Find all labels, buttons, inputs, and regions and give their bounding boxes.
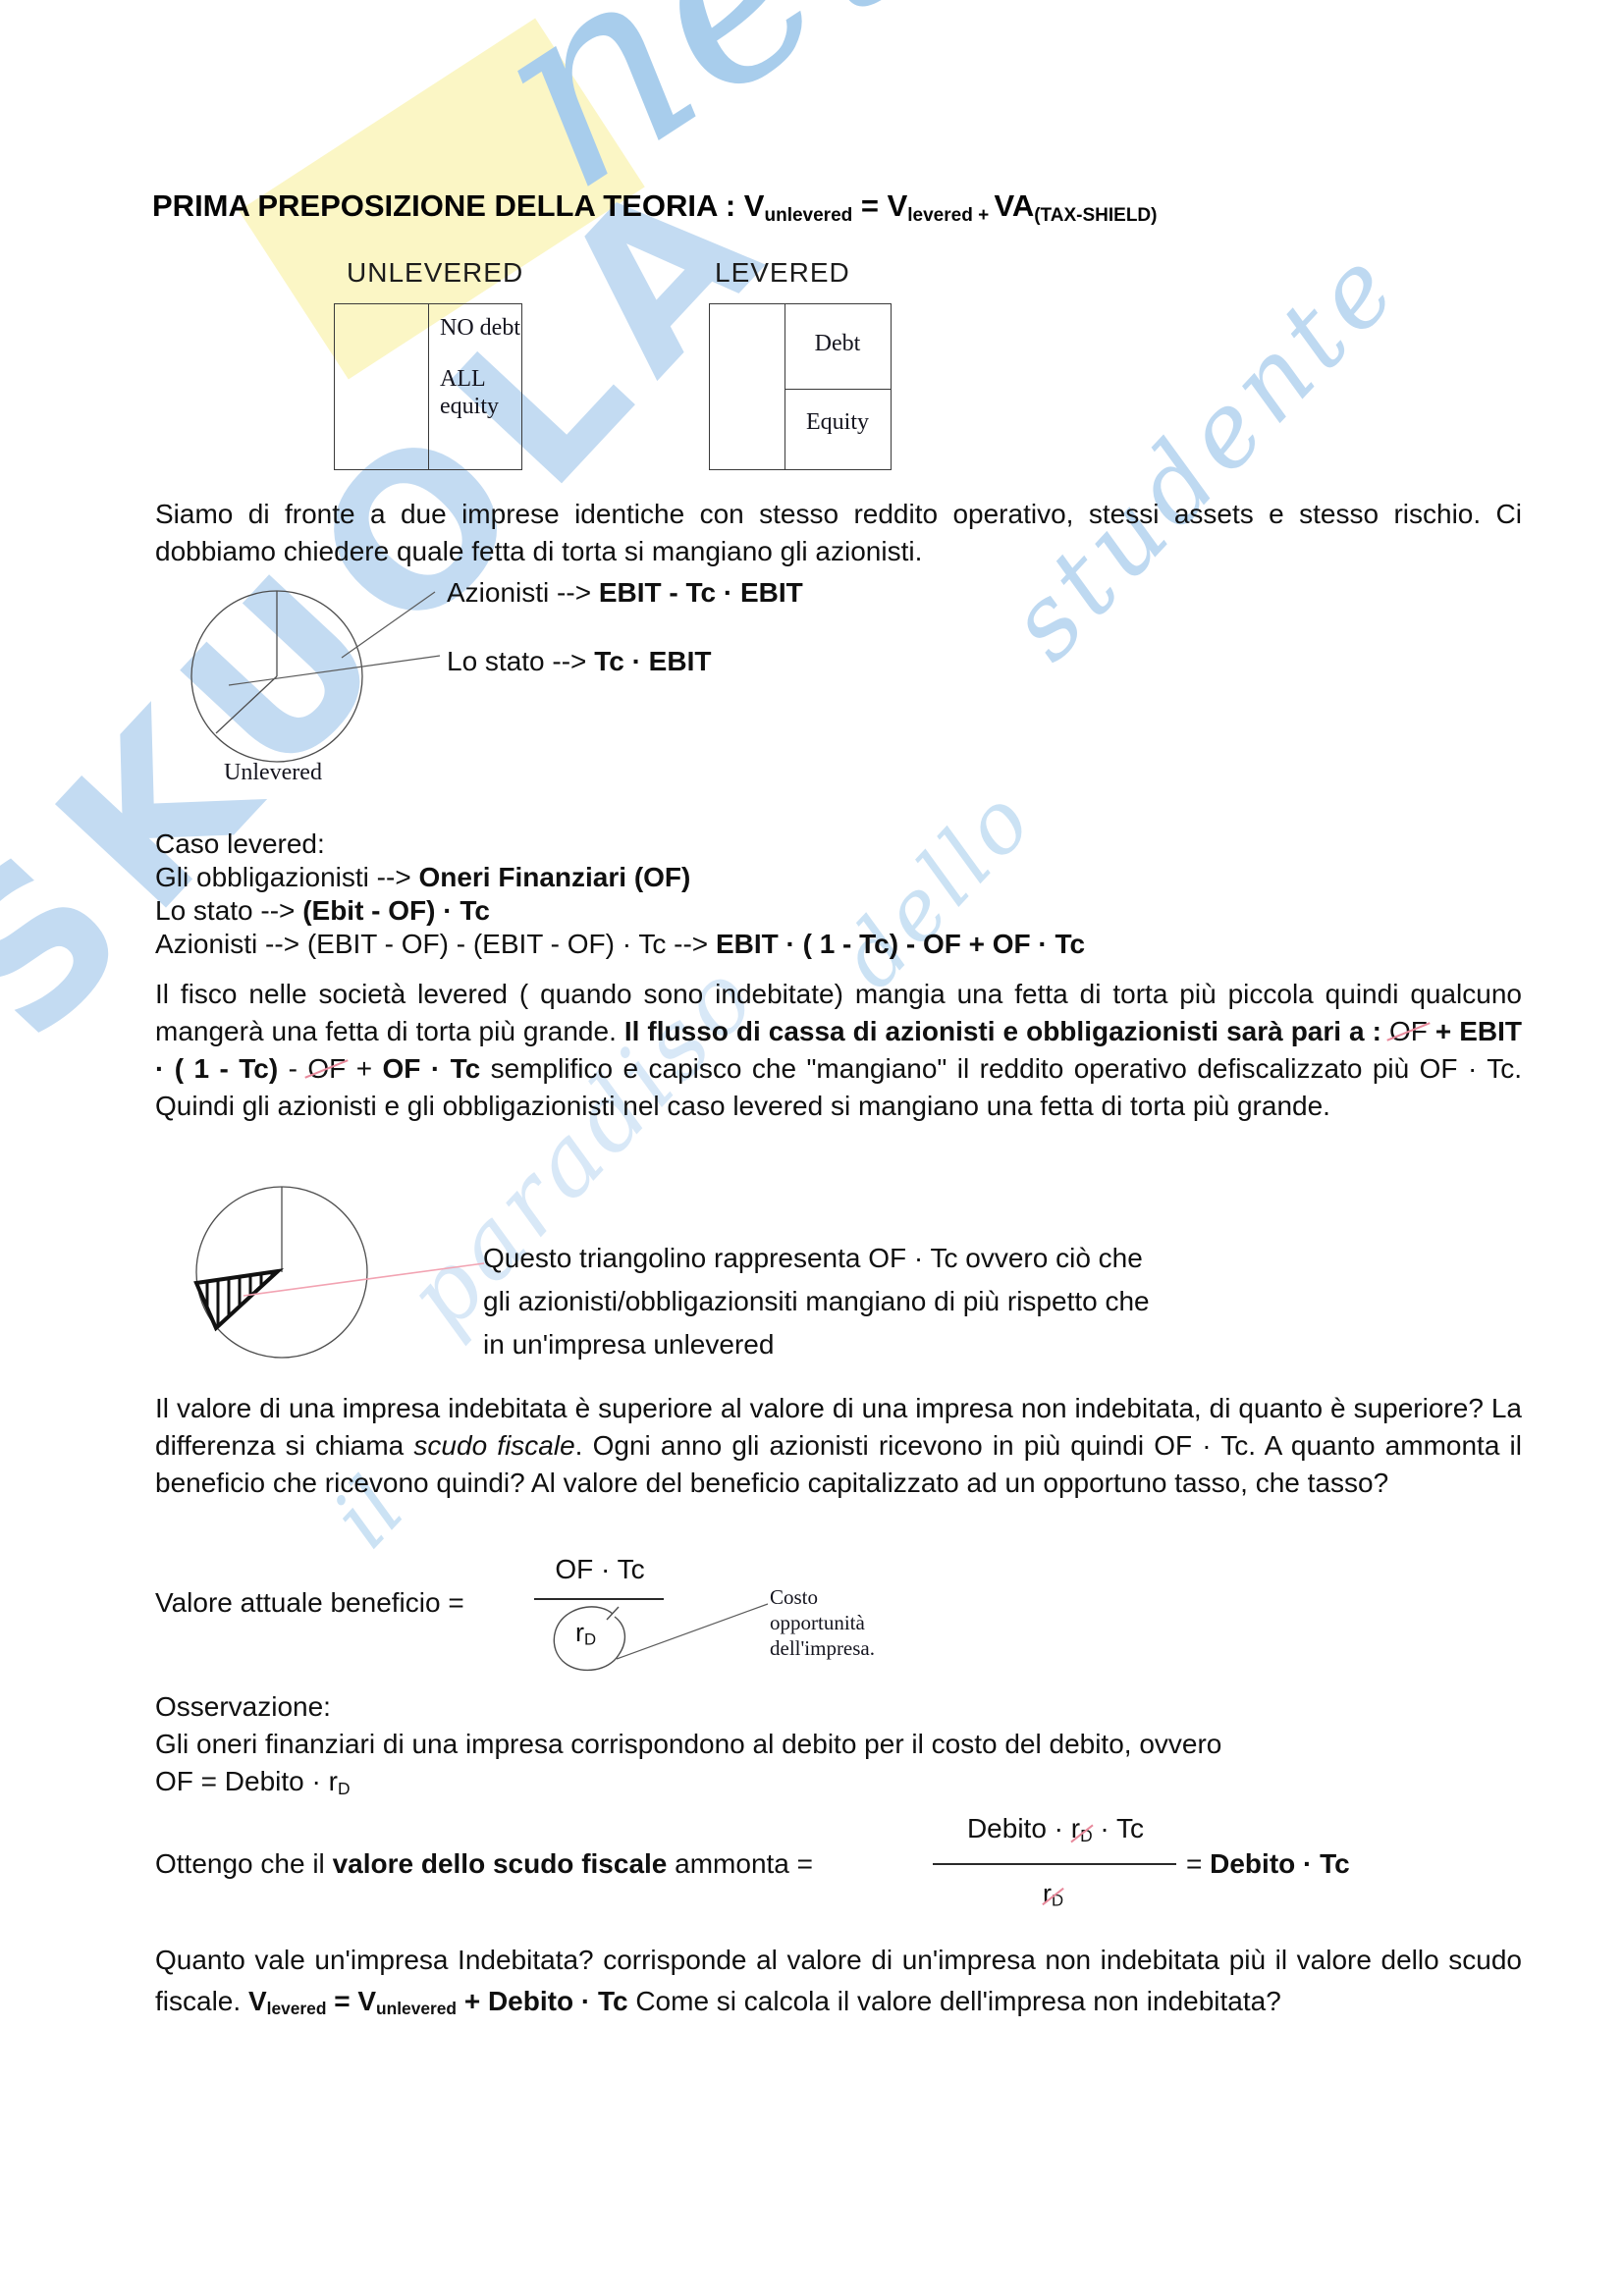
of-debito-rd-sub: D — [338, 1779, 351, 1798]
scudo-label-r2: ammonta = — [667, 1848, 813, 1879]
scudo-denominator: rD — [1043, 1879, 1063, 1911]
costo-line3: dell'impresa. — [770, 1635, 875, 1661]
pie-label-azionisti: Azionisti --> EBIT - Tc · EBIT — [447, 577, 803, 609]
no-debt-label: NO debt — [440, 314, 520, 342]
document-page: SKUOLA net studente dello paradiso il PR… — [0, 0, 1623, 2296]
osservazione-line3: OF = Debito · rD — [155, 1763, 1221, 1807]
scudo-fraction-bar — [933, 1863, 1176, 1865]
title-va: VA — [994, 188, 1034, 223]
scudo-num-rd-cancelled: rD — [1071, 1810, 1093, 1854]
scudo-label-r1: valore dello scudo fiscale — [333, 1848, 668, 1879]
title-sub-levered: levered — [907, 205, 973, 226]
para4-r1: Come si calcola il valore dell'impresa n… — [628, 1986, 1281, 2016]
paragraph-fisco: Il fisco nelle società levered ( quando … — [155, 976, 1522, 1125]
costo-annotation: Costo opportunità dell'impresa. — [770, 1584, 875, 1661]
para2-r6: + — [346, 1053, 382, 1084]
scudo-label-r0: Ottengo che il — [155, 1848, 333, 1879]
of-debito-rd: OF = Debito · r — [155, 1766, 338, 1796]
triangle-note: Questo triangolino rappresenta OF · Tc o… — [483, 1237, 1161, 1366]
caso-line3-plain: Lo stato --> — [155, 895, 302, 926]
leader-line-azionisti — [342, 592, 435, 658]
para4-v2-sub: unlevered — [376, 1999, 457, 2018]
pink-leader-line — [243, 1263, 484, 1296]
levered-box-hdivider — [784, 389, 891, 390]
rd-sub: D — [584, 1630, 596, 1649]
caso-line4: Azionisti --> (EBIT - OF) - (EBIT - OF) … — [155, 928, 1085, 961]
caso-line4-plain: Azionisti --> (EBIT - OF) - (EBIT - OF) … — [155, 929, 716, 959]
unlevered-balance-box: NO debt ALL equity — [334, 303, 522, 470]
para4-v2: = V — [326, 1986, 376, 2016]
para4-vlevered: Vlevered = Vunlevered + Debito · Tc — [248, 1986, 628, 2016]
caso-line2: Gli obbligazionisti --> Oneri Finanziari… — [155, 861, 1085, 894]
scudo-result-value: Debito · Tc — [1210, 1848, 1350, 1879]
paragraph-conclusione: Quanto vale un'impresa Indebitata? corri… — [155, 1940, 1522, 2029]
tax-shield-triangle — [196, 1271, 278, 1328]
scudo-result-eq: = — [1186, 1848, 1210, 1879]
levered-pie-figure — [191, 1183, 486, 1369]
all-equity-label: ALL equity — [440, 365, 499, 420]
scudo-num-rd-base: r — [1071, 1813, 1080, 1843]
scudo-formula-label: Ottengo che il valore dello scudo fiscal… — [155, 1845, 813, 1883]
para2-r1: Il flusso di cassa di azionisti e obblig… — [624, 1016, 1389, 1046]
para4-v1: V — [248, 1986, 267, 2016]
debt-label: Debt — [784, 330, 891, 357]
scudo-numerator: Debito · rD · Tc — [935, 1810, 1176, 1854]
beneficio-formula-label: Valore attuale beneficio = — [155, 1584, 464, 1622]
paragraph-valore: Il valore di una impresa indebitata è su… — [155, 1390, 1522, 1502]
title-sub-unlevered: unlevered — [764, 205, 852, 226]
stato-formula: Tc · EBIT — [594, 646, 711, 676]
paragraph-intro: Siamo di fronte a due imprese identiche … — [155, 496, 1522, 570]
para4-debito-tc: + Debito · Tc — [457, 1986, 628, 2016]
para2-r7: OF · Tc — [383, 1053, 481, 1084]
all-equity-line2: equity — [440, 393, 499, 420]
all-equity-line1: ALL — [440, 365, 499, 393]
scudo-num-tc: · Tc — [1093, 1813, 1144, 1843]
scudo-den-rd-sub: D — [1052, 1892, 1063, 1910]
scudo-num-debito: Debito · — [967, 1813, 1071, 1843]
azionisti-plain: Azionisti --> — [447, 577, 599, 608]
osservazione-block: Osservazione: Gli oneri finanziari di un… — [155, 1688, 1221, 1807]
scudo-result: = Debito · Tc — [1186, 1845, 1350, 1883]
page-title: PRIMA PREPOSIZIONE DELLA TEORIA : Vunlev… — [152, 188, 1157, 227]
costo-line2: opportunità — [770, 1610, 875, 1635]
para4-v1-sub: levered — [267, 1999, 327, 2018]
costo-leader — [601, 1590, 778, 1669]
caso-line3-bold: (Ebit - OF) · Tc — [302, 895, 490, 926]
leader-line-costo — [617, 1604, 768, 1659]
beneficio-numerator: OF · Tc — [536, 1551, 664, 1588]
azionisti-formula: EBIT - Tc · EBIT — [599, 577, 803, 608]
unlevered-pie-caption: Unlevered — [224, 760, 322, 786]
beneficio-denominator: rD — [575, 1618, 596, 1650]
para2-of-cancelled-2: OF — [307, 1050, 346, 1088]
costo-line1: Costo — [770, 1584, 875, 1610]
para3-scudo-fiscale: scudo fiscale — [413, 1430, 574, 1461]
osservazione-title: Osservazione: — [155, 1688, 1221, 1726]
document-content: PRIMA PREPOSIZIONE DELLA TEORIA : Vunlev… — [0, 0, 1623, 2296]
equity-label: Equity — [784, 408, 891, 436]
scudo-num-rd-sub: D — [1080, 1826, 1093, 1845]
title-main: PRIMA PREPOSIZIONE DELLA TEORIA : V — [152, 188, 764, 223]
caso-levered-block: Caso levered: Gli obbligazionisti --> On… — [155, 828, 1085, 961]
rd-base: r — [575, 1618, 584, 1647]
scudo-den-rd-base: r — [1043, 1879, 1052, 1908]
levered-heading: LEVERED — [715, 257, 850, 289]
scudo-den-rd-cancelled: rD — [1043, 1879, 1063, 1911]
levered-balance-box: Debt Equity — [709, 303, 892, 470]
title-plus: + — [973, 205, 995, 226]
osservazione-line2: Gli oneri finanziari di una impresa corr… — [155, 1726, 1221, 1763]
pie-label-stato: Lo stato --> Tc · EBIT — [447, 646, 711, 677]
caso-line2-plain: Gli obbligazionisti --> — [155, 862, 418, 892]
unlevered-heading: UNLEVERED — [347, 257, 523, 289]
caso-line4-bold: EBIT · ( 1 - Tc) - OF + OF · Tc — [716, 929, 1085, 959]
pie-radius-lowerleft — [216, 676, 277, 733]
caso-line3: Lo stato --> (Ebit - OF) · Tc — [155, 894, 1085, 928]
title-sub-taxshield: (TAX-SHIELD) — [1034, 205, 1157, 226]
title-eq: = V — [852, 188, 907, 223]
para2-of-cancelled-1: OF — [1389, 1013, 1428, 1050]
leader-line-stato — [229, 656, 440, 685]
caso-line1: Caso levered: — [155, 828, 1085, 861]
caso-line2-bold: Oneri Finanziari (OF) — [418, 862, 690, 892]
stato-plain: Lo stato --> — [447, 646, 594, 676]
unlevered-box-divider — [428, 304, 429, 469]
para2-r4: - — [278, 1053, 307, 1084]
